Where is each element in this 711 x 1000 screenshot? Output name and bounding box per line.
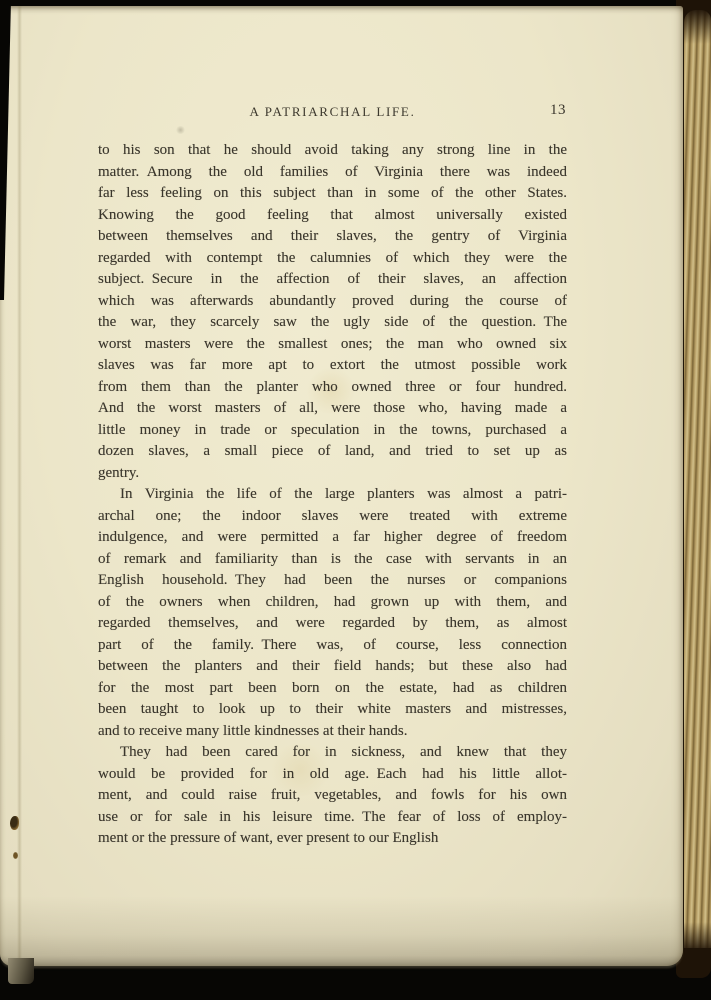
text-line: Knowing the good feeling that almost uni…	[98, 205, 567, 227]
book-page: A PATRIARCHAL LIFE. 13 to his son that h…	[0, 6, 683, 966]
text-line: archal one; the indoor slaves were treat…	[98, 506, 567, 528]
under-page-edge	[8, 958, 34, 984]
body-text: to his son that he should avoid taking a…	[98, 140, 567, 850]
running-head: A PATRIARCHAL LIFE.	[98, 104, 567, 120]
text-line: gentry.	[98, 463, 567, 485]
text-line: the war, they scarcely saw the ugly side…	[98, 312, 567, 334]
text-line: would be provided for in old age. Each h…	[98, 764, 567, 786]
text-line: ment, and could raise fruit, vegetables,…	[98, 785, 567, 807]
text-line: And the worst masters of all, were those…	[98, 398, 567, 420]
text-line: subject. Secure in the affection of thei…	[98, 269, 567, 291]
page-header-row: A PATRIARCHAL LIFE. 13	[98, 104, 567, 124]
text-line: and to receive many little kindnesses at…	[98, 721, 567, 743]
text-line: to his son that he should avoid taking a…	[98, 140, 567, 162]
text-line: from them than the planter who owned thr…	[98, 377, 567, 399]
text-line: which was afterwards abundantly proved d…	[98, 291, 567, 313]
text-line: been taught to look up to their white ma…	[98, 699, 567, 721]
text-line: between themselves and their slaves, the…	[98, 226, 567, 248]
text-line: between the planters and their field han…	[98, 656, 567, 678]
text-line: for the most part been born on the estat…	[98, 678, 567, 700]
text-line: English household. They had been the nur…	[98, 570, 567, 592]
text-line: far less feeling on this subject than in…	[98, 183, 567, 205]
text-line: In Virginia the life of the large plante…	[98, 484, 567, 506]
text-column: A PATRIARCHAL LIFE. 13 to his son that h…	[98, 104, 567, 850]
page-crease	[17, 6, 22, 966]
paragraph: to his son that he should avoid taking a…	[98, 140, 567, 484]
text-line: slaves was far more apt to extort the ut…	[98, 355, 567, 377]
fore-edge-page-stack	[684, 10, 711, 948]
text-line: of remark and familiarity than is the ca…	[98, 549, 567, 571]
text-line: ment or the pressure of want, ever prese…	[98, 828, 567, 850]
text-line: matter. Among the old families of Virgin…	[98, 162, 567, 184]
text-line: They had been cared for in sickness, and…	[98, 742, 567, 764]
text-line: dozen slaves, a small piece of land, and…	[98, 441, 567, 463]
text-line: part of the family. There was, of course…	[98, 635, 567, 657]
scanned-book-photo: A PATRIARCHAL LIFE. 13 to his son that h…	[0, 0, 711, 1000]
text-line: regarded with contempt the calumnies of …	[98, 248, 567, 270]
text-line: worst masters were the smallest ones; th…	[98, 334, 567, 356]
text-line: use or for sale in his leisure time. The…	[98, 807, 567, 829]
text-line: indulgence, and were permitted a far hig…	[98, 527, 567, 549]
paragraph: They had been cared for in sickness, and…	[98, 742, 567, 850]
text-line: of the owners when children, had grown u…	[98, 592, 567, 614]
text-line: regarded themselves, and were regarded b…	[98, 613, 567, 635]
page-number: 13	[550, 102, 566, 119]
paragraph: In Virginia the life of the large plante…	[98, 484, 567, 742]
text-line: little money in trade or speculation in …	[98, 420, 567, 442]
